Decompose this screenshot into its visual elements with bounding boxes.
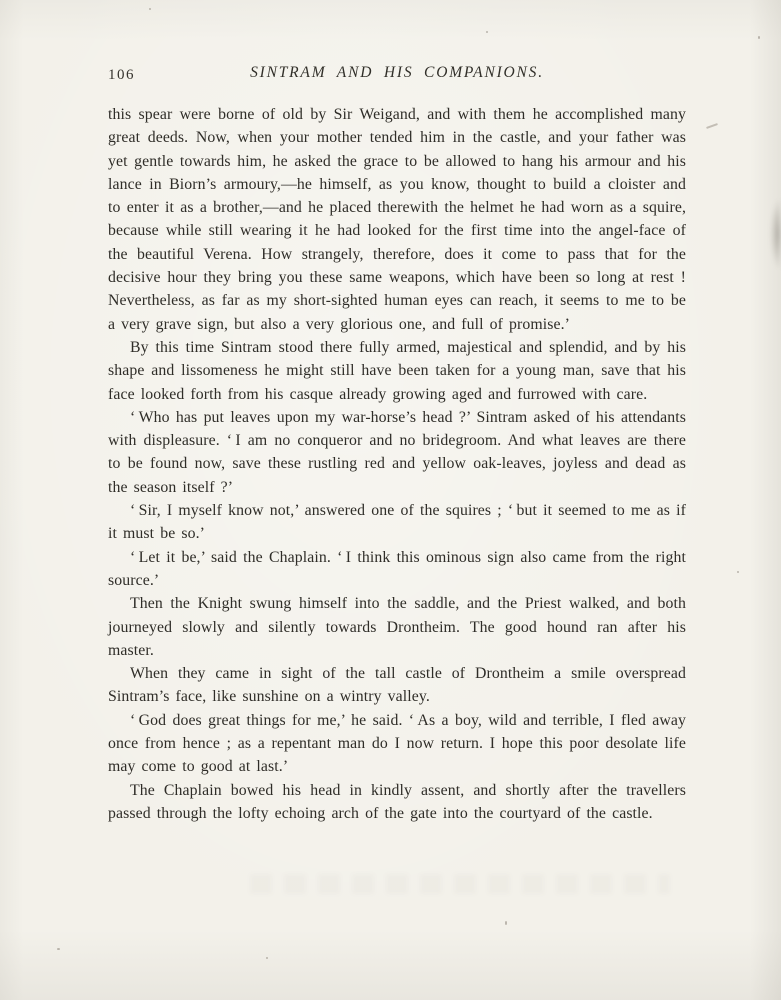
ink-speck: [737, 571, 739, 573]
paragraph-5: ‘ Let it be,’ said the Chaplain. ‘ I thi…: [108, 546, 686, 593]
text-block: this spear were borne of old by Sir Weig…: [108, 103, 686, 825]
paragraph-7: When they came in sight of the tall cast…: [108, 662, 686, 709]
paragraph-6: Then the Knight swung himself into the s…: [108, 592, 686, 662]
ink-speck: [57, 948, 60, 950]
ink-speck: [486, 31, 488, 33]
ink-speck: [149, 8, 151, 10]
page-header: 106 SINTRAM AND HIS COMPANIONS.: [108, 64, 686, 88]
running-title: SINTRAM AND HIS COMPANIONS.: [108, 64, 686, 82]
bleed-through-ghost: [250, 874, 670, 894]
paragraph-3: ‘ Who has put leaves upon my war-horse’s…: [108, 406, 686, 499]
ink-speck: [266, 957, 268, 959]
paragraph-8: ‘ God does great things for me,’ he said…: [108, 709, 686, 779]
scan-edge-shadow: [770, 198, 780, 270]
paragraph-9: The Chaplain bowed his head in kindly as…: [108, 779, 686, 826]
paragraph-1: this spear were borne of old by Sir Weig…: [108, 103, 686, 336]
page-number: 106: [108, 67, 135, 84]
book-page: 106 SINTRAM AND HIS COMPANIONS. this spe…: [0, 0, 781, 1000]
paragraph-2: By this time Sintram stood there fully a…: [108, 336, 686, 406]
ink-speck: [593, 141, 595, 143]
paragraph-4: ‘ Sir, I myself know not,’ answered one …: [108, 499, 686, 546]
ink-speck: [505, 921, 507, 925]
ink-speck: [758, 36, 760, 39]
pen-mark: [706, 123, 718, 129]
